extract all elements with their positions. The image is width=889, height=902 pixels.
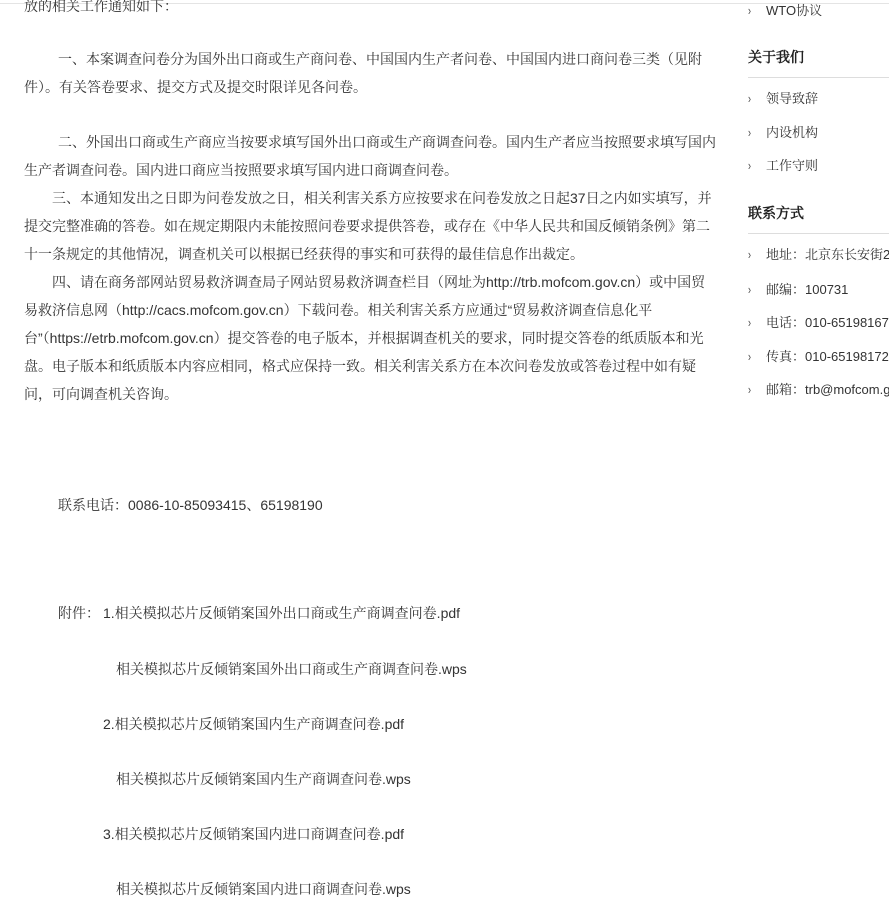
contact-phone: 联系电话：0086-10-85093415、65198190 [58, 491, 323, 519]
chevron-right-icon: › [748, 380, 761, 400]
contact-postcode: 邮编：100731 [766, 280, 848, 300]
chevron-right-icon: › [748, 156, 761, 176]
attachment-link-2-pdf[interactable]: 2.相关模拟芯片反倾销案国内生产商调查问卷.pdf [103, 710, 404, 738]
article-paragraph-2: 二、外国出口商或生产商应当按要求填写国外出口商或生产商调查问卷。国内生产者应当按… [24, 128, 716, 184]
sidebar-item-label: WTO协议 [766, 1, 822, 21]
sidebar-item-departments[interactable]: ›内设机构 [748, 123, 818, 143]
chevron-right-icon: › [748, 313, 761, 333]
chevron-right-icon: › [748, 280, 761, 300]
attachment-link-2-wps[interactable]: 相关模拟芯片反倾销案国内生产商调查问卷.wps [116, 765, 411, 793]
sidebar-contact-phone: ›电话：010-65198167 [748, 313, 889, 333]
attachments-label: 附件： [58, 599, 100, 627]
sidebar-item-leadership-speech[interactable]: ›领导致辞 [748, 89, 818, 109]
sidebar-divider [748, 77, 889, 78]
chevron-right-icon: › [748, 89, 761, 109]
contact-phone-number: 电话：010-65198167 [766, 313, 889, 333]
sidebar-contact-address: ›地址：北京东长安街2号 [748, 245, 889, 265]
contact-email[interactable]: 邮箱：trb@mofcom.gov.cn [766, 380, 889, 400]
attachment-link-1-pdf[interactable]: 1.相关模拟芯片反倾销案国外出口商或生产商调查问卷.pdf [103, 599, 460, 627]
attachment-link-1-wps[interactable]: 相关模拟芯片反倾销案国外出口商或生产商调查问卷.wps [116, 655, 467, 683]
article-body: 放的相关工作通知如下： 一、本案调查问卷分为国外出口商或生产商问卷、中国国内生产… [24, 0, 716, 408]
chevron-right-icon: › [748, 1, 761, 21]
sidebar-heading-about: 关于我们 [748, 47, 804, 67]
article-paragraph-1: 一、本案调查问卷分为国外出口商或生产商问卷、中国国内生产者问卷、中国国内进口商问… [24, 45, 716, 101]
chevron-right-icon: › [748, 347, 761, 367]
article-paragraph-4: 四、请在商务部网站贸易救济调查局子网站贸易救济调查栏目（网址为http://tr… [24, 268, 716, 408]
chevron-right-icon: › [748, 245, 761, 265]
attachment-link-3-wps[interactable]: 相关模拟芯片反倾销案国内进口商调查问卷.wps [116, 875, 411, 902]
sidebar-item-work-rules[interactable]: ›工作守则 [748, 156, 818, 176]
sidebar-heading-contact: 联系方式 [748, 203, 804, 223]
sidebar-contact-fax: ›传真：010-65198172 [748, 347, 889, 367]
chevron-right-icon: › [748, 123, 761, 143]
sidebar-contact-postcode: ›邮编：100731 [748, 280, 848, 300]
article-lead-in: 放的相关工作通知如下： [24, 0, 716, 20]
sidebar-contact-email[interactable]: ›邮箱：trb@mofcom.gov.cn [748, 380, 889, 400]
contact-fax-number: 传真：010-65198172 [766, 347, 889, 367]
sidebar-item-wto-agreement[interactable]: ›WTO协议 [748, 1, 822, 21]
contact-address: 地址：北京东长安街2号 [766, 245, 889, 265]
sidebar-item-label: 内设机构 [766, 123, 818, 143]
article-paragraph-3: 三、本通知发出之日即为问卷发放之日，相关利害关系方应按要求在问卷发放之日起37日… [24, 184, 716, 268]
sidebar-item-label: 工作守则 [766, 156, 818, 176]
sidebar-divider [748, 233, 889, 234]
sidebar-item-label: 领导致辞 [766, 89, 818, 109]
attachment-link-3-pdf[interactable]: 3.相关模拟芯片反倾销案国内进口商调查问卷.pdf [103, 820, 404, 848]
